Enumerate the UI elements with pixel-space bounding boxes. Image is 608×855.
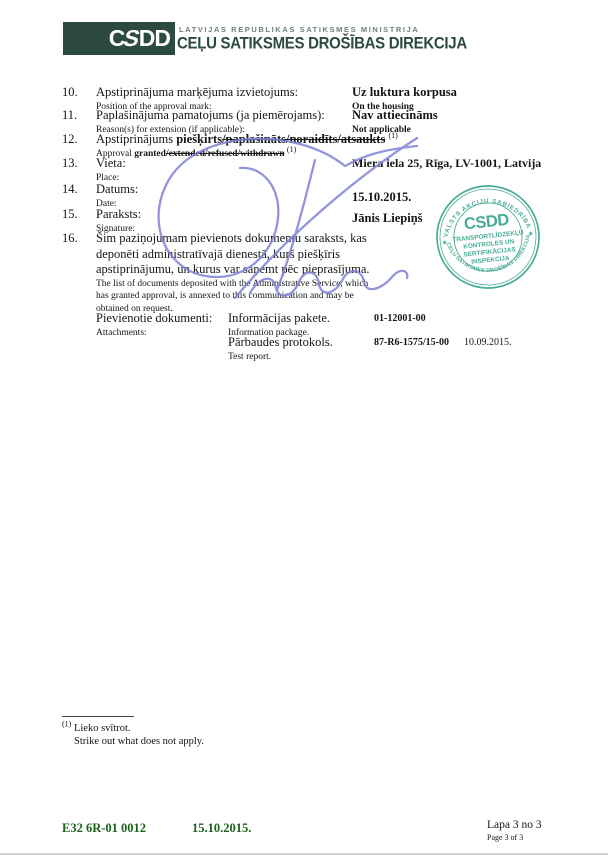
stamp-csdd-logo: CSDD — [463, 211, 510, 234]
item-number: 11. — [62, 108, 77, 123]
csdd-stamp: VALSTS AKCIJU SABIEDRĪBA CEĻU SATIKSMES … — [428, 177, 549, 298]
item-label-lv: Apstiprinājuma marķējuma izvietojums: — [96, 85, 354, 101]
attachment-doc-1-number: 01-12001-00 — [374, 313, 426, 324]
item-value-lv: Uz luktura korpusa — [352, 85, 582, 101]
ministry-title: LATVIJAS REPUBLIKAS SATIKSMES MINISTRIJA — [179, 25, 419, 34]
footer-date: 15.10.2015. — [192, 821, 251, 836]
csdd-logo: CSDD — [63, 22, 175, 55]
footnote-text-lv: Lieko svītrot. — [74, 723, 131, 734]
stamp-star-left-icon: ✱ — [442, 239, 448, 246]
item-number: 13. — [62, 156, 78, 171]
document-page: CSDD LATVIJAS REPUBLIKAS SATIKSMES MINIS… — [0, 0, 608, 855]
attachments-label-lv: Pievienotie dokumenti: — [96, 311, 212, 327]
page-indicator-en: Page 3 of 3 — [487, 833, 542, 842]
item-number: 14. — [62, 182, 78, 197]
page-indicator-lv: Lapa 3 no 3 — [487, 819, 542, 831]
attachment-doc-2: Pārbaudes protokols. Test report. — [228, 335, 333, 363]
form-number: E32 6R-01 0012 — [62, 821, 146, 836]
attachment-doc-2-date: 10.09.2015. — [464, 337, 512, 348]
signature-ink — [145, 118, 435, 308]
csdd-logo-text: CSDD — [109, 27, 170, 50]
footnote: (1) Lieko svītrot. Strike out what does … — [62, 716, 362, 748]
attachments-section: Pievienotie dokumenti: Attachments: Info… — [0, 311, 608, 366]
footnote-divider — [62, 716, 134, 717]
page-indicator: Lapa 3 no 3 Page 3 of 3 — [487, 819, 542, 842]
footnote-marker: (1) — [62, 720, 71, 729]
item-number: 16. — [62, 231, 78, 246]
item-number: 15. — [62, 207, 78, 222]
attachments-label-en: Attachments: — [96, 328, 212, 340]
item-number: 10. — [62, 85, 78, 100]
item-number: 12. — [62, 132, 78, 147]
stamp-star-right-icon: ✱ — [528, 230, 534, 237]
attachment-doc-2-number: 87-R6-1575/15-00 — [374, 337, 449, 348]
footnote-text-en: Strike out what does not apply. — [62, 735, 362, 748]
directorate-title: CEĻU SATIKSMES DROŠĪBAS DIREKCIJA — [177, 34, 467, 53]
